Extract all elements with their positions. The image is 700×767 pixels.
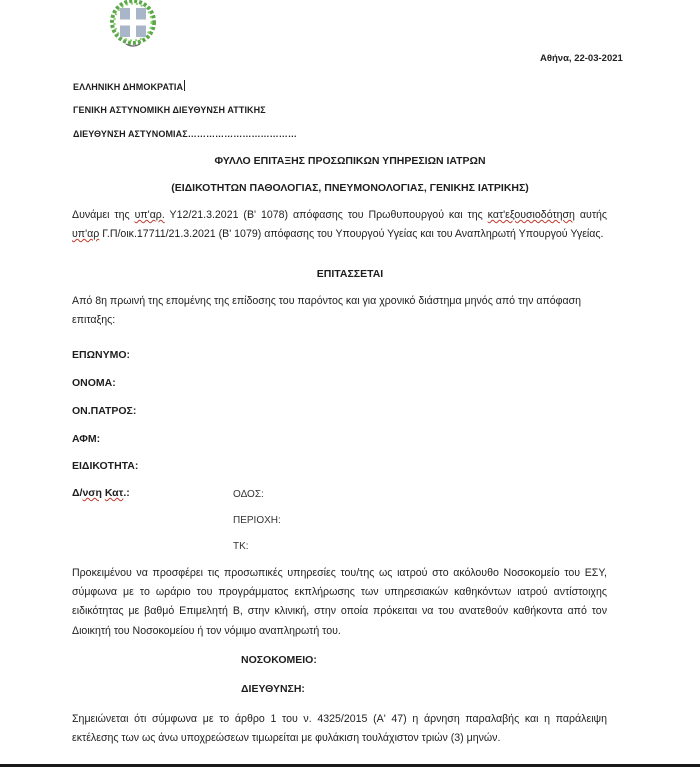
address-street-label: ΟΔΟΣ: xyxy=(233,489,264,500)
header-republic: ΕΛΛΗΝΙΚΗ ΔΗΜΟΚΡΑΤΙΑ xyxy=(73,80,185,92)
field-surname-label: ΕΠΩΝΥΜΟ: xyxy=(72,349,130,361)
document-subtitle: (ΕΙΔΙΚΟΤΗΤΩΝ ΠΑΘΟΛΟΓΙΑΣ, ΠΝΕΥΜΟΝΟΛΟΓΙΑΣ,… xyxy=(0,182,700,194)
service-paragraph: Προκειμένου να προσφέρει τις προσωπικές … xyxy=(72,564,607,641)
spellcheck-word: νση xyxy=(82,487,101,499)
text-cursor xyxy=(184,80,185,91)
greek-coat-of-arms-icon xyxy=(108,0,158,52)
address-area-label: ΠΕΡΙΟΧΗ: xyxy=(233,515,281,526)
field-residence-label: Δ/νση Κατ.: xyxy=(72,487,130,499)
document-date: Αθήνα, 22-03-2021 xyxy=(540,53,623,64)
field-tax-id-label: ΑΦΜ: xyxy=(72,433,100,445)
hospital-address-label: ΔΙΕΥΘΥΝΣΗ: xyxy=(241,683,305,695)
field-specialty-label: ΕΙΔΙΚΟΤΗΤΑ: xyxy=(72,460,138,472)
spellcheck-word: υπ'αρ. xyxy=(135,209,165,221)
legal-basis-paragraph: Δυνάμει της υπ'αρ. Υ12/21.3.2021 (Β' 107… xyxy=(72,206,607,244)
order-paragraph: Από 8η πρωινή της επομένης της επίδοσης … xyxy=(72,292,607,330)
spellcheck-word: κατ'εξουσιοδότηση xyxy=(488,209,575,221)
field-father-name-label: ΟΝ.ΠΑΤΡΟΣ: xyxy=(72,405,136,417)
header-police-division: ΔΙΕΥΘΥΝΣΗ ΑΣΤΥΝΟΜΙΑΣ……………………………… xyxy=(73,129,297,139)
header-police-directorate: ΓΕΝΙΚΗ ΑΣΤΥΝΟΜΙΚΗ ΔΙΕΥΘΥΝΣΗ ΑΤΤΙΚΗΣ xyxy=(73,105,266,115)
document-page: Αθήνα, 22-03-2021 ΕΛΛΗΝΙΚΗ ΔΗΜΟΚΡΑΤΙΑ ΓΕ… xyxy=(0,0,700,764)
order-heading: ΕΠΙΤΑΣΣΕΤΑΙ xyxy=(0,268,700,280)
penalty-paragraph: Σημειώνεται ότι σύμφωνα με το άρθρο 1 το… xyxy=(72,710,607,748)
spellcheck-word: υπ'αρ xyxy=(72,228,99,240)
field-name-label: ΟΝΟΜΑ: xyxy=(72,377,116,389)
spellcheck-word: Κατ xyxy=(105,487,123,499)
address-postal-code-label: ΤΚ: xyxy=(233,541,249,552)
hospital-name-label: ΝΟΣΟΚΟΜΕΙΟ: xyxy=(241,654,317,666)
document-title: ΦΥΛΛΟ ΕΠΙΤΑΞΗΣ ΠΡΟΣΩΠΙΚΩΝ ΥΠΗΡΕΣΙΩΝ ΙΑΤΡ… xyxy=(0,155,700,167)
